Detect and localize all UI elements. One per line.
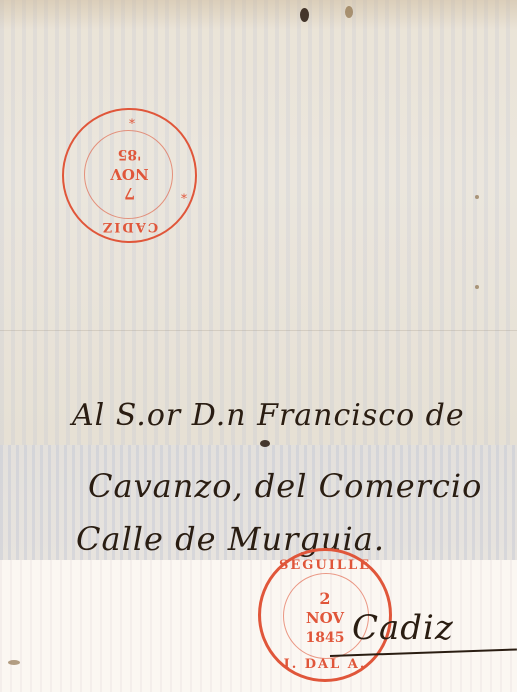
postal-cover: CADIZ 7 NOV '85 * * Al S.or D.n Francisc… — [0, 0, 517, 692]
paper-top-edge-stain — [0, 0, 517, 30]
postmark-rim-text: SEGUILLE — [261, 559, 389, 572]
address-line-1: Al S.or D.n Francisco de — [72, 398, 465, 433]
ink-blot — [345, 6, 353, 18]
star-icon: * — [129, 112, 135, 126]
ink-blot — [300, 8, 309, 22]
postmark-arrival: CADIZ 7 NOV '85 * * — [62, 108, 197, 243]
foxing-spot — [8, 660, 20, 665]
postmark-month: NOV — [64, 166, 195, 181]
fold-line — [0, 330, 517, 331]
postmark-day: 7 — [64, 185, 195, 201]
postmark-rim-bottom-text: I. DAL A. — [261, 658, 389, 671]
address-line-2: Cavanzo, del Comercio — [88, 467, 482, 505]
destination-city: Cadiz — [352, 608, 454, 648]
postmark-year: '85 — [64, 147, 195, 161]
postmark-day: 2 — [261, 591, 389, 607]
star-icon: * — [181, 187, 187, 201]
foxing-spot — [475, 285, 479, 289]
ink-blot — [260, 440, 270, 447]
foxing-spot — [475, 195, 479, 199]
postmark-rim-text: CADIZ — [64, 220, 195, 233]
